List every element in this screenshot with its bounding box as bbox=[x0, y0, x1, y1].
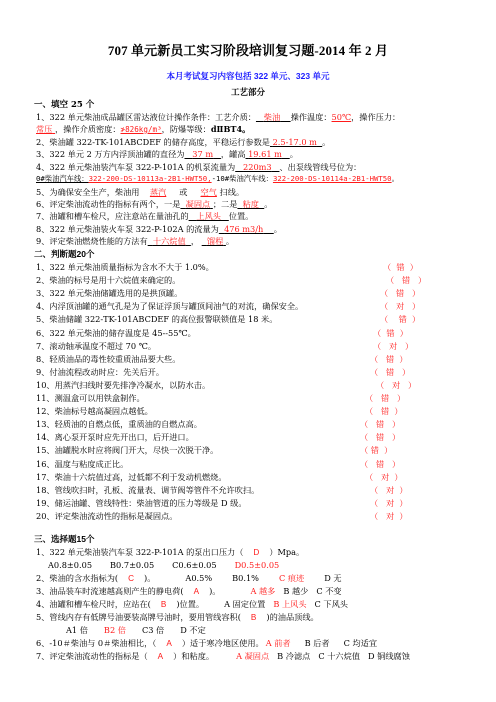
choice-item: 3、油品装车时流速越高则产生的静电荷(A)。A 越多B 越少C 不变 bbox=[36, 585, 350, 598]
fill-blank-item-1-cont: 常压 ，操作介质密度：≯826kg/m³，防爆等级：dⅡBT4。 bbox=[36, 123, 250, 136]
true-false-item: 20、评定柴油流动性的指标是凝固点。 bbox=[36, 510, 177, 522]
question-text: 4、内浮顶油罐的通气孔是为了保证浮顶与罐顶间油气的对流，确保安全。 bbox=[36, 301, 303, 311]
question-text: ，操作压力： bbox=[351, 112, 400, 122]
question-text: ）Mpa。 bbox=[269, 547, 304, 557]
answer-letter: A bbox=[194, 587, 199, 596]
question-text: ， bbox=[191, 236, 199, 246]
answer-mark: （ 错 ） bbox=[360, 444, 392, 456]
question-text: 、出泵线管线号位为： bbox=[279, 162, 361, 172]
choice-option: A 固定位置 bbox=[224, 599, 265, 609]
question-text: 8、322 单元柴油装火车泵 322-P-102A 的流量为 bbox=[36, 224, 219, 234]
question-text: 15、油罐脱水时应将阀门开大，尽快一次脱干净。 bbox=[36, 445, 218, 455]
choice-option: B 后者 bbox=[305, 638, 330, 648]
answer-mark: （ 对 ） bbox=[370, 497, 408, 509]
question-text: )的油品顶线。 bbox=[266, 612, 318, 622]
choice-option: C 均适宜 bbox=[344, 638, 377, 648]
question-text: 6、322 单元柴油的储存温度是 45--55℃。 bbox=[36, 328, 196, 338]
true-false-item: 10、用蒸汽扫线时要先排净冷凝水，以防水击。 bbox=[36, 379, 210, 391]
answer-mark: （ 错 ） bbox=[383, 261, 418, 273]
fill-blank-item-2: 2、柴油罐 322-TK-101ABCDEF 的储存高度，平稳运行参数是 2.5… bbox=[36, 136, 330, 148]
choice-item: 5、管线内存有低牌号油要装高牌号油时，要用管线容积(B)的油品顶线。 bbox=[36, 611, 319, 624]
question-text: 2、柴油的含水指标为( bbox=[36, 573, 118, 583]
fill-blank-item-4: 4、322 单元柴油装汽车泵 322-P-101A 的机泵流量为 220m3 、… bbox=[36, 161, 361, 173]
question-text: 。 bbox=[392, 174, 399, 183]
answer-blank: 十六烷值 bbox=[153, 236, 186, 246]
question-text: 7、滚动轴承温度不超过 70 ℃。 bbox=[36, 341, 156, 351]
fill-blank-item-8: 8、322 单元柴油装火车泵 322-P-102A 的流量为 476 m3/h … bbox=[36, 223, 282, 235]
question-text: 4、油罐和槽车检尺时，应站在( bbox=[36, 599, 151, 609]
question-text: 。 bbox=[274, 224, 282, 234]
question-text: -10#柴油汽车线： bbox=[212, 174, 273, 183]
choice-option: C 不变 bbox=[316, 586, 341, 596]
choice-item: 2、柴油的含水指标为(C)。A0.5%B0.1%C 痕迹D 无 bbox=[36, 572, 362, 585]
choice-option: A0.8±0.05 bbox=[48, 560, 92, 570]
question-text: ，防爆等级： bbox=[162, 124, 211, 134]
section-title: 工艺部分 bbox=[0, 86, 496, 98]
answer-mark: （ 对 ） bbox=[373, 340, 413, 352]
answer-blank: 37 m bbox=[192, 149, 213, 159]
question-text: 14、离心泵开泵时应先开出口，后开进口。 bbox=[36, 432, 194, 442]
answer-mark: （ 错 ） bbox=[360, 458, 400, 470]
question-text: ）适于寒冷地区使用。 bbox=[182, 638, 264, 648]
answer-letter: A bbox=[166, 639, 171, 648]
question-text: 4、322 单元柴油装汽车泵 322-P-101A 的机泵流量为 bbox=[36, 162, 235, 172]
choice-option: C 痕迹 bbox=[279, 573, 304, 583]
choice-options: A0.8±0.05B0.7±0.05C0.6±0.05D0.5±0.05 bbox=[48, 559, 297, 571]
answer-mark: （ 对 ） bbox=[376, 379, 416, 391]
choice-option: B 越少 bbox=[283, 586, 308, 596]
question-text: 13、轻质油的自燃点低，重质油的自燃点高。 bbox=[36, 419, 202, 429]
document-subtitle: 本月考试复习内容包括 322 单元、323 单元 bbox=[0, 70, 496, 82]
answer-mark: （ 对 ） bbox=[365, 471, 403, 483]
question-text: 1、322 单元柴油装汽车泵 322-P-101A 的泵出口压力（ bbox=[36, 547, 243, 557]
fill-blank-item-1: 1、322 单元柴油成品罐区雷达液位计操作条件：工艺介质： 柴油 操作温度：50… bbox=[36, 111, 400, 123]
question-text: 11、测温盒可以用铁盒制作。 bbox=[36, 393, 145, 403]
choice-item: 4、油罐和槽车检尺时，应站在(B)位置。A 固定位置B 上风头C 下风头 bbox=[36, 598, 356, 611]
choice-option: D 铜线腐蚀 bbox=[368, 651, 410, 661]
question-text: 5、为确保安全生产，柴油用 bbox=[36, 187, 139, 197]
document-title: 707 单元新员工实习阶段培训复习题-2014 年 2 月 bbox=[0, 40, 496, 59]
fill-blank-item-9: 9、评定柴油燃烧性能的方法有 十六烷值 ， 馏程 。 bbox=[36, 235, 234, 247]
true-false-item: 2、柴油的标号是用十六烷值来确定的。 bbox=[36, 274, 180, 286]
true-false-item: 15、油罐脱水时应将阀门开大，尽快一次脱干净。 bbox=[36, 444, 218, 456]
true-false-item: 9、付油流程改动时应：先关后开。 bbox=[36, 366, 164, 378]
answer-blank: 常压 bbox=[36, 124, 52, 134]
question-text: 7、油罐和槽车检尺，应注意站在量油孔的 bbox=[36, 211, 189, 221]
true-false-item: 16、温度与粘度成正比。 bbox=[36, 458, 128, 470]
question-text: dⅡBT4。 bbox=[211, 124, 251, 134]
choice-item: 1、322 单元柴油装汽车泵 322-P-101A 的泵出口压力（D）Mpa。 bbox=[36, 546, 304, 559]
answer-blank: 柴油 bbox=[264, 112, 280, 122]
choice-option: A 凝固点 bbox=[236, 651, 269, 661]
true-false-item: 5、柴油储罐 322-TK-101ABCDEF 的高位报警联锁值是 18 米。 bbox=[36, 313, 277, 325]
question-text: 6、-10＃柴油与 0＃柴油相比，（ bbox=[36, 638, 156, 648]
choice-item: 6、-10＃柴油与 0＃柴油相比，（A）适于寒冷地区使用。A 前者B 后者C 均… bbox=[36, 637, 391, 650]
choice-option: C0.6±0.05 bbox=[172, 560, 216, 570]
fill-blank-item-5: 5、为确保安全生产，柴油用 蒸汽 或 空气 扫线。 bbox=[36, 186, 244, 198]
true-false-item: 11、测温盒可以用铁盒制作。 bbox=[36, 392, 145, 404]
answer-letter: B bbox=[161, 600, 166, 609]
question-text: 8、轻质油品的毒性较重质油品要大些。 bbox=[36, 354, 180, 364]
choice-option: C 下风头 bbox=[315, 599, 348, 609]
choice-item: 7、评定柴油流动性的指标是（A）和粘度。A 凝固点B 冷滤点C 十六烷值D 铜线… bbox=[36, 650, 418, 663]
answer-mark: （ 错 ） bbox=[373, 327, 408, 339]
true-false-item: 3、322 单元柴油储罐选用的是拱顶罐。 bbox=[36, 287, 182, 299]
question-text: 3、322 单元柴油储罐选用的是拱顶罐。 bbox=[36, 288, 182, 298]
true-false-item: 7、滚动轴承温度不超过 70 ℃。 bbox=[36, 340, 156, 352]
answer-blank: 粘度 bbox=[243, 199, 259, 209]
answer-blank: 476 m3/h bbox=[224, 224, 263, 234]
choice-heading: 三、选择题15个 bbox=[34, 533, 94, 545]
answer-blank: 空气 bbox=[201, 187, 217, 197]
question-text: ，操作介质密度： bbox=[55, 124, 121, 134]
question-text: 。 bbox=[226, 236, 234, 246]
choice-option: B0.7±0.05 bbox=[110, 560, 154, 570]
answer-mark: （ 错 ） bbox=[365, 392, 405, 404]
question-text: 6、评定柴油流动性的指标有两个，一是 bbox=[36, 199, 180, 209]
true-false-item: 14、离心泵开泵时应先开出口，后开进口。 bbox=[36, 431, 194, 443]
choice-option: B 冷滤点 bbox=[277, 651, 310, 661]
choice-option: B 上风头 bbox=[273, 599, 306, 609]
question-text: ，罐高 bbox=[221, 149, 246, 159]
true-false-item: 19、储运油罐、管线特性：柴油管道的压力等级是 D 级。 bbox=[36, 497, 247, 509]
answer-blank: 220m3 bbox=[243, 162, 272, 172]
question-text: 位置。 bbox=[229, 211, 254, 221]
document-page: 707 单元新员工实习阶段培训复习题-2014 年 2 月 本月考试复习内容包括… bbox=[0, 0, 496, 702]
choice-option: A0.5% bbox=[185, 573, 212, 583]
true-false-item: 17、柴油十六烷值过高，过低都不利于发动机燃烧。 bbox=[36, 471, 227, 483]
answer-mark: （ 错 ） bbox=[370, 353, 408, 365]
true-false-item: 13、轻质油的自燃点低，重质油的自燃点高。 bbox=[36, 418, 202, 430]
question-text: 2、柴油的标号是用十六烷值来确定的。 bbox=[36, 275, 180, 285]
question-text: 0#柴油汽车线： bbox=[36, 174, 89, 183]
answer-mark: （ 错 ） bbox=[386, 274, 426, 286]
question-text: 5、柴油储罐 322-TK-101ABCDEF 的高位报警联锁值是 18 米。 bbox=[36, 314, 277, 324]
answer-mark: （ 错 ） bbox=[360, 418, 400, 430]
question-text: 3、油品装车时流速越高则产生的静电荷( bbox=[36, 586, 184, 596]
question-text: 19、储运油罐、管线特性：柴油管道的压力等级是 D 级。 bbox=[36, 498, 247, 508]
question-text: 7、评定柴油流动性的指标是（ bbox=[36, 651, 148, 661]
question-text: 。 bbox=[322, 137, 330, 147]
question-text: 9、付油流程改动时应：先关后开。 bbox=[36, 367, 164, 377]
question-text: 操作温度： bbox=[291, 112, 332, 122]
choice-option: B0.1% bbox=[232, 573, 259, 583]
question-text: 1、322 单元柴油成品罐区雷达液位计操作条件：工艺介质： bbox=[36, 112, 256, 122]
question-text: 10、用蒸汽扫线时要先排净冷凝水，以防水击。 bbox=[36, 380, 210, 390]
choice-option: D 无 bbox=[324, 573, 341, 583]
answer-mark: （ 错 ） bbox=[380, 287, 420, 299]
question-text: 。 bbox=[290, 149, 298, 159]
question-text: 1、322 单元柴油质量指标为含水不大于 1.0%。 bbox=[36, 262, 214, 272]
question-text: 18、管线吹扫时，孔板、流量表、调节阀等管件不允许吹扫。 bbox=[36, 485, 259, 495]
question-text: 9、评定柴油燃烧性能的方法有 bbox=[36, 236, 148, 246]
answer-blank: 2.5-17.0 m bbox=[273, 137, 317, 147]
answer-mark: （ 对 ） bbox=[380, 300, 420, 312]
true-false-item: 12、柴油标号越高凝固点越低。 bbox=[36, 405, 153, 417]
answer-blank: 蒸汽 bbox=[150, 187, 166, 197]
true-false-item: 18、管线吹扫时，孔板、流量表、调节阀等管件不允许吹扫。 bbox=[36, 484, 259, 496]
choice-option: A1 倍 bbox=[66, 625, 88, 635]
question-text: 或 bbox=[179, 187, 187, 197]
choice-option: D 不定 bbox=[180, 625, 206, 635]
fill-blank-item-6: 6、评定柴油流动性的指标有两个，一是 凝固点 ；二是 粘度 。 bbox=[36, 198, 272, 210]
fill-blank-item-3: 3、322 单元 2 万方内浮顶油罐的直径为 37 m ，罐高 19.61 m … bbox=[36, 148, 298, 160]
question-text: 2、柴油罐 322-TK-101ABCDEF 的储存高度，平稳运行参数是 bbox=[36, 137, 270, 147]
fill-blank-heading: 一、填空 25 个 bbox=[34, 99, 94, 111]
question-text: 16、温度与粘度成正比。 bbox=[36, 459, 128, 469]
true-false-item: 6、322 单元柴油的储存温度是 45--55℃。 bbox=[36, 327, 196, 339]
question-text: ）和粘度。 bbox=[173, 651, 214, 661]
question-text: 3、322 单元 2 万方内浮顶油罐的直径为 bbox=[36, 149, 184, 159]
answer-mark: （ 对 ） bbox=[370, 510, 408, 522]
true-false-item: 1、322 单元柴油质量指标为含水不大于 1.0%。 bbox=[36, 261, 214, 273]
answer-letter: C bbox=[128, 574, 134, 583]
true-false-heading: 二、判断题20个 bbox=[34, 248, 94, 260]
answer-blank: 50℃ bbox=[332, 112, 352, 122]
question-text: )位置。 bbox=[176, 599, 204, 609]
answer-letter: D bbox=[253, 548, 259, 557]
question-text: )。 bbox=[209, 586, 220, 596]
question-text: ；二是 bbox=[213, 199, 238, 209]
answer-mark: （ 错 ） bbox=[370, 366, 410, 378]
question-text: 扫线。 bbox=[220, 187, 245, 197]
question-text: )。 bbox=[144, 573, 155, 583]
fill-blank-item-4-cont: 0#柴油汽车线：322-200-DS-10113a-2B1-HWT50,-10#… bbox=[36, 173, 399, 185]
choice-option: A 越多 bbox=[250, 586, 275, 596]
answer-mark: （ 错 ） bbox=[360, 431, 400, 443]
question-text: 17、柴油十六烷值过高，过低都不利于发动机燃烧。 bbox=[36, 472, 227, 482]
question-text: 20、评定柴油流动性的指标是凝固点。 bbox=[36, 511, 177, 521]
answer-letter: A bbox=[158, 652, 163, 661]
true-false-item: 8、轻质油品的毒性较重质油品要大些。 bbox=[36, 353, 180, 365]
answer-blank: 凝固点 bbox=[186, 199, 211, 209]
answer-blank: 19.61 m bbox=[248, 149, 282, 159]
choice-option: A 前者 bbox=[266, 638, 291, 648]
answer-blank: ≯826kg/m³ bbox=[121, 125, 162, 134]
answer-mark: （ 对 ） bbox=[370, 484, 408, 496]
answer-blank: 馏程 bbox=[207, 236, 223, 246]
choice-options: A1 倍B2 倍C3 倍D 不定 bbox=[66, 624, 222, 636]
question-text: 12、柴油标号越高凝固点越低。 bbox=[36, 406, 153, 416]
answer-mark: （ 错 ） bbox=[365, 405, 403, 417]
choice-option: B2 倍 bbox=[104, 625, 126, 635]
answer-blank: 上风头 bbox=[196, 211, 221, 221]
fill-blank-item-7: 7、油罐和槽车检尺，应注意站在量油孔的 上风头 位置。 bbox=[36, 210, 253, 222]
true-false-item: 4、内浮顶油罐的通气孔是为了保证浮顶与罐顶间油气的对流，确保安全。 bbox=[36, 300, 303, 312]
question-text: 。 bbox=[264, 199, 272, 209]
answer-letter: B bbox=[251, 613, 256, 622]
question-text: 5、管线内存有低牌号油要装高牌号油时，要用管线容积( bbox=[36, 612, 241, 622]
answer-blank: 322-200-DS-10114a-2B1-HWT50 bbox=[273, 174, 392, 183]
choice-option: D0.5±0.05 bbox=[235, 560, 280, 570]
choice-option: C 十六烷值 bbox=[318, 651, 360, 661]
answer-mark: （ 错 ） bbox=[380, 313, 420, 325]
answer-blank: 322-200-DS-10113a-2B1-HWT50, bbox=[89, 174, 212, 183]
choice-option: C3 倍 bbox=[142, 625, 164, 635]
